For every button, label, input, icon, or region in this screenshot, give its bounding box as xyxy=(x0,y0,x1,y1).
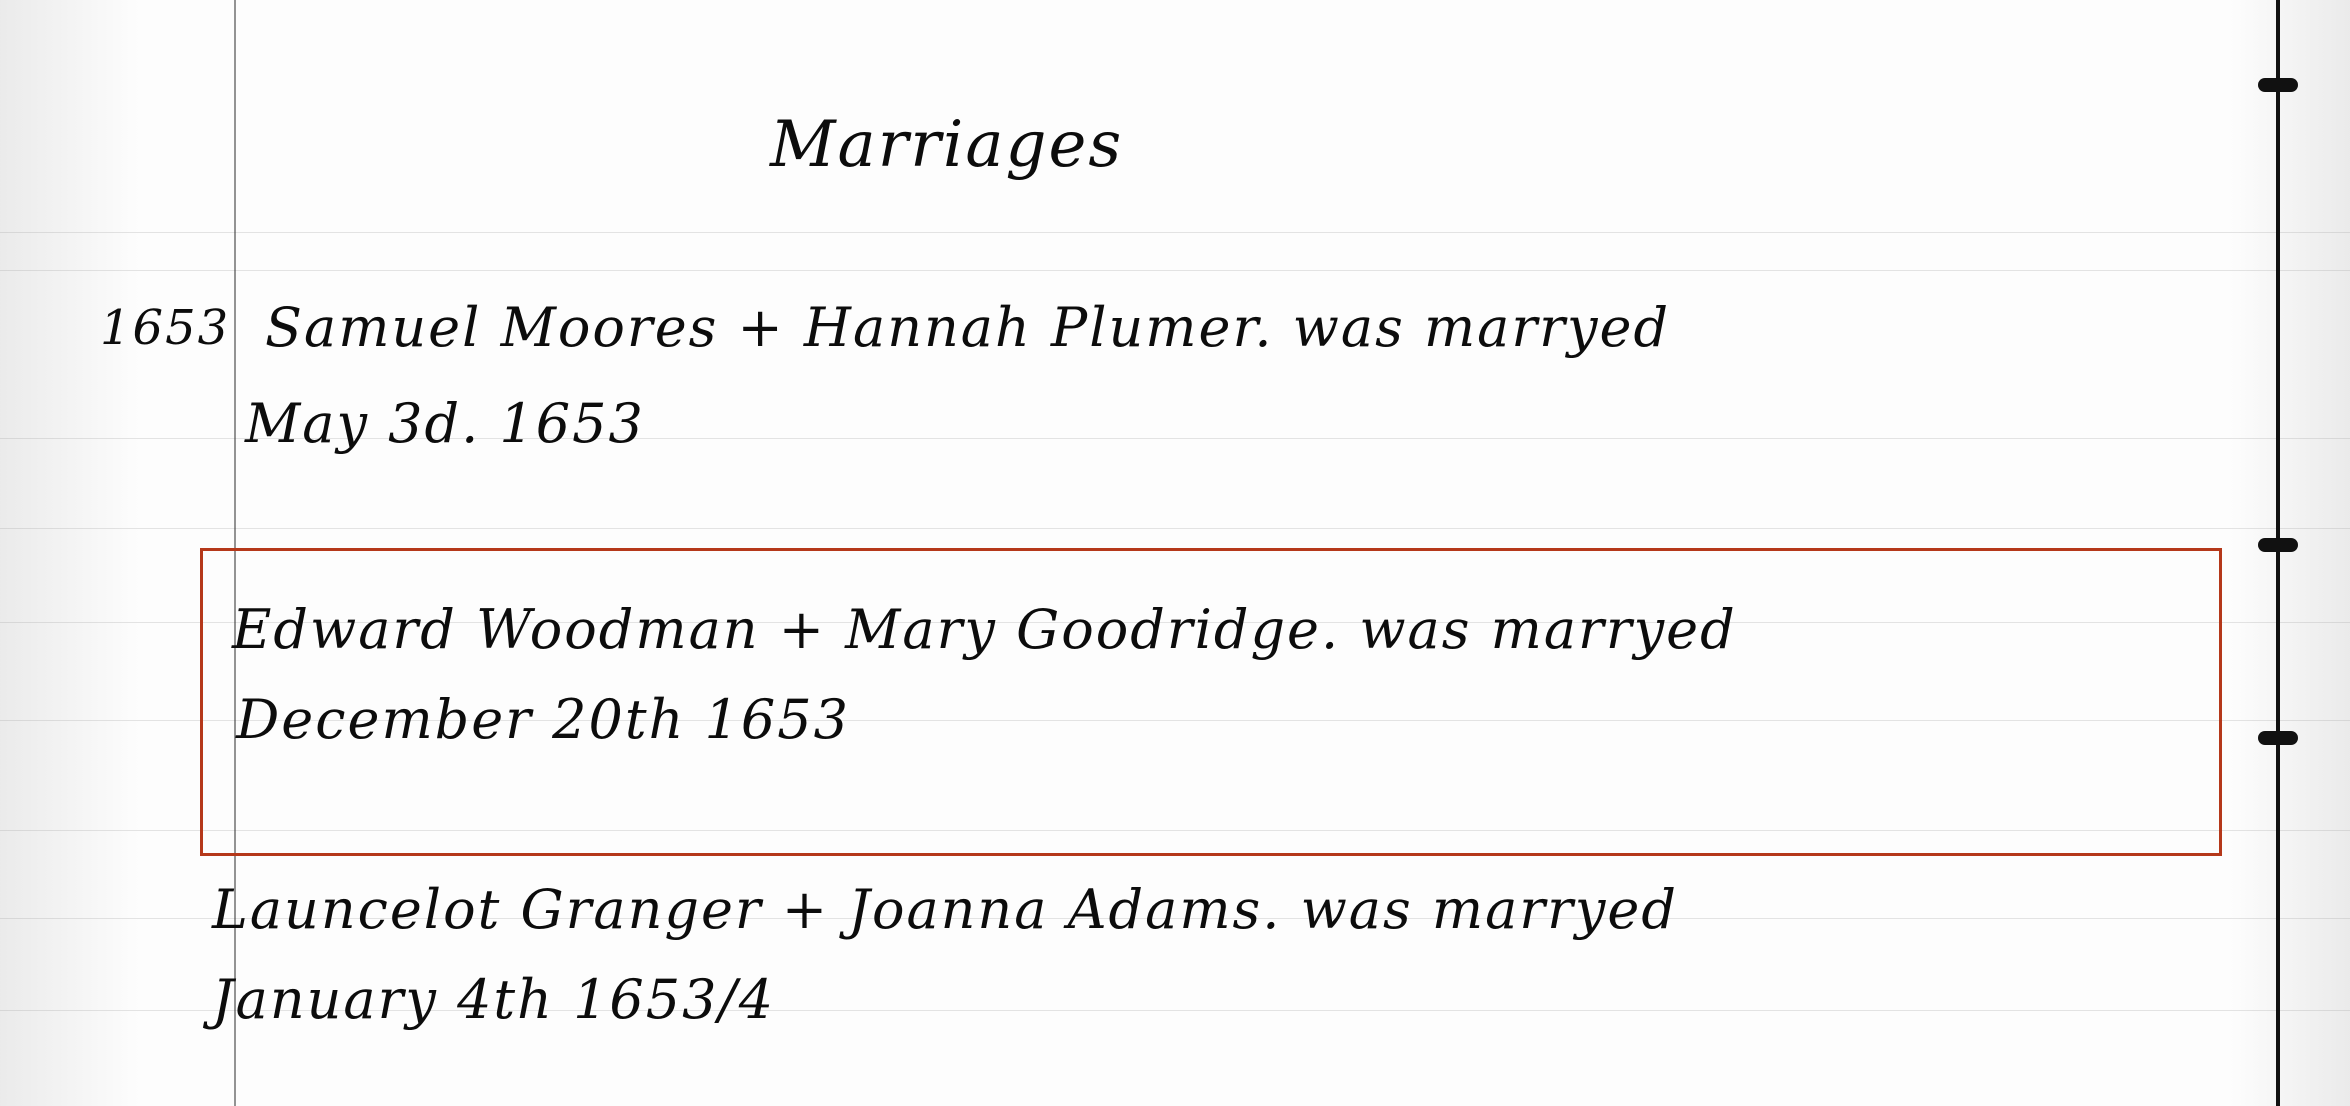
margin-tick-mark xyxy=(2258,78,2298,92)
ruled-line xyxy=(0,232,2350,233)
margin-tick-mark xyxy=(2258,731,2298,745)
entry-2-date: December 20th 1653 xyxy=(236,688,850,751)
ruled-line xyxy=(0,528,2350,529)
right-margin-rule xyxy=(2276,0,2280,1106)
entry-3-names: Launcelot Granger + Joanna Adams. was ma… xyxy=(212,878,1678,941)
entry-2-names: Edward Woodman + Mary Goodridge. was mar… xyxy=(232,598,1737,661)
margin-year: 1653 xyxy=(100,300,230,356)
page-title: Marriages xyxy=(770,108,1123,182)
ruled-line xyxy=(0,270,2350,271)
margin-tick-mark xyxy=(2258,538,2298,552)
register-page: Marriages 1653 Samuel Moores + Hannah Pl… xyxy=(0,0,2350,1106)
entry-1-date: May 3d. 1653 xyxy=(245,392,645,455)
entry-3-date: January 4th 1653/4 xyxy=(212,968,775,1031)
entry-1-names: Samuel Moores + Hannah Plumer. was marry… xyxy=(265,296,1670,359)
